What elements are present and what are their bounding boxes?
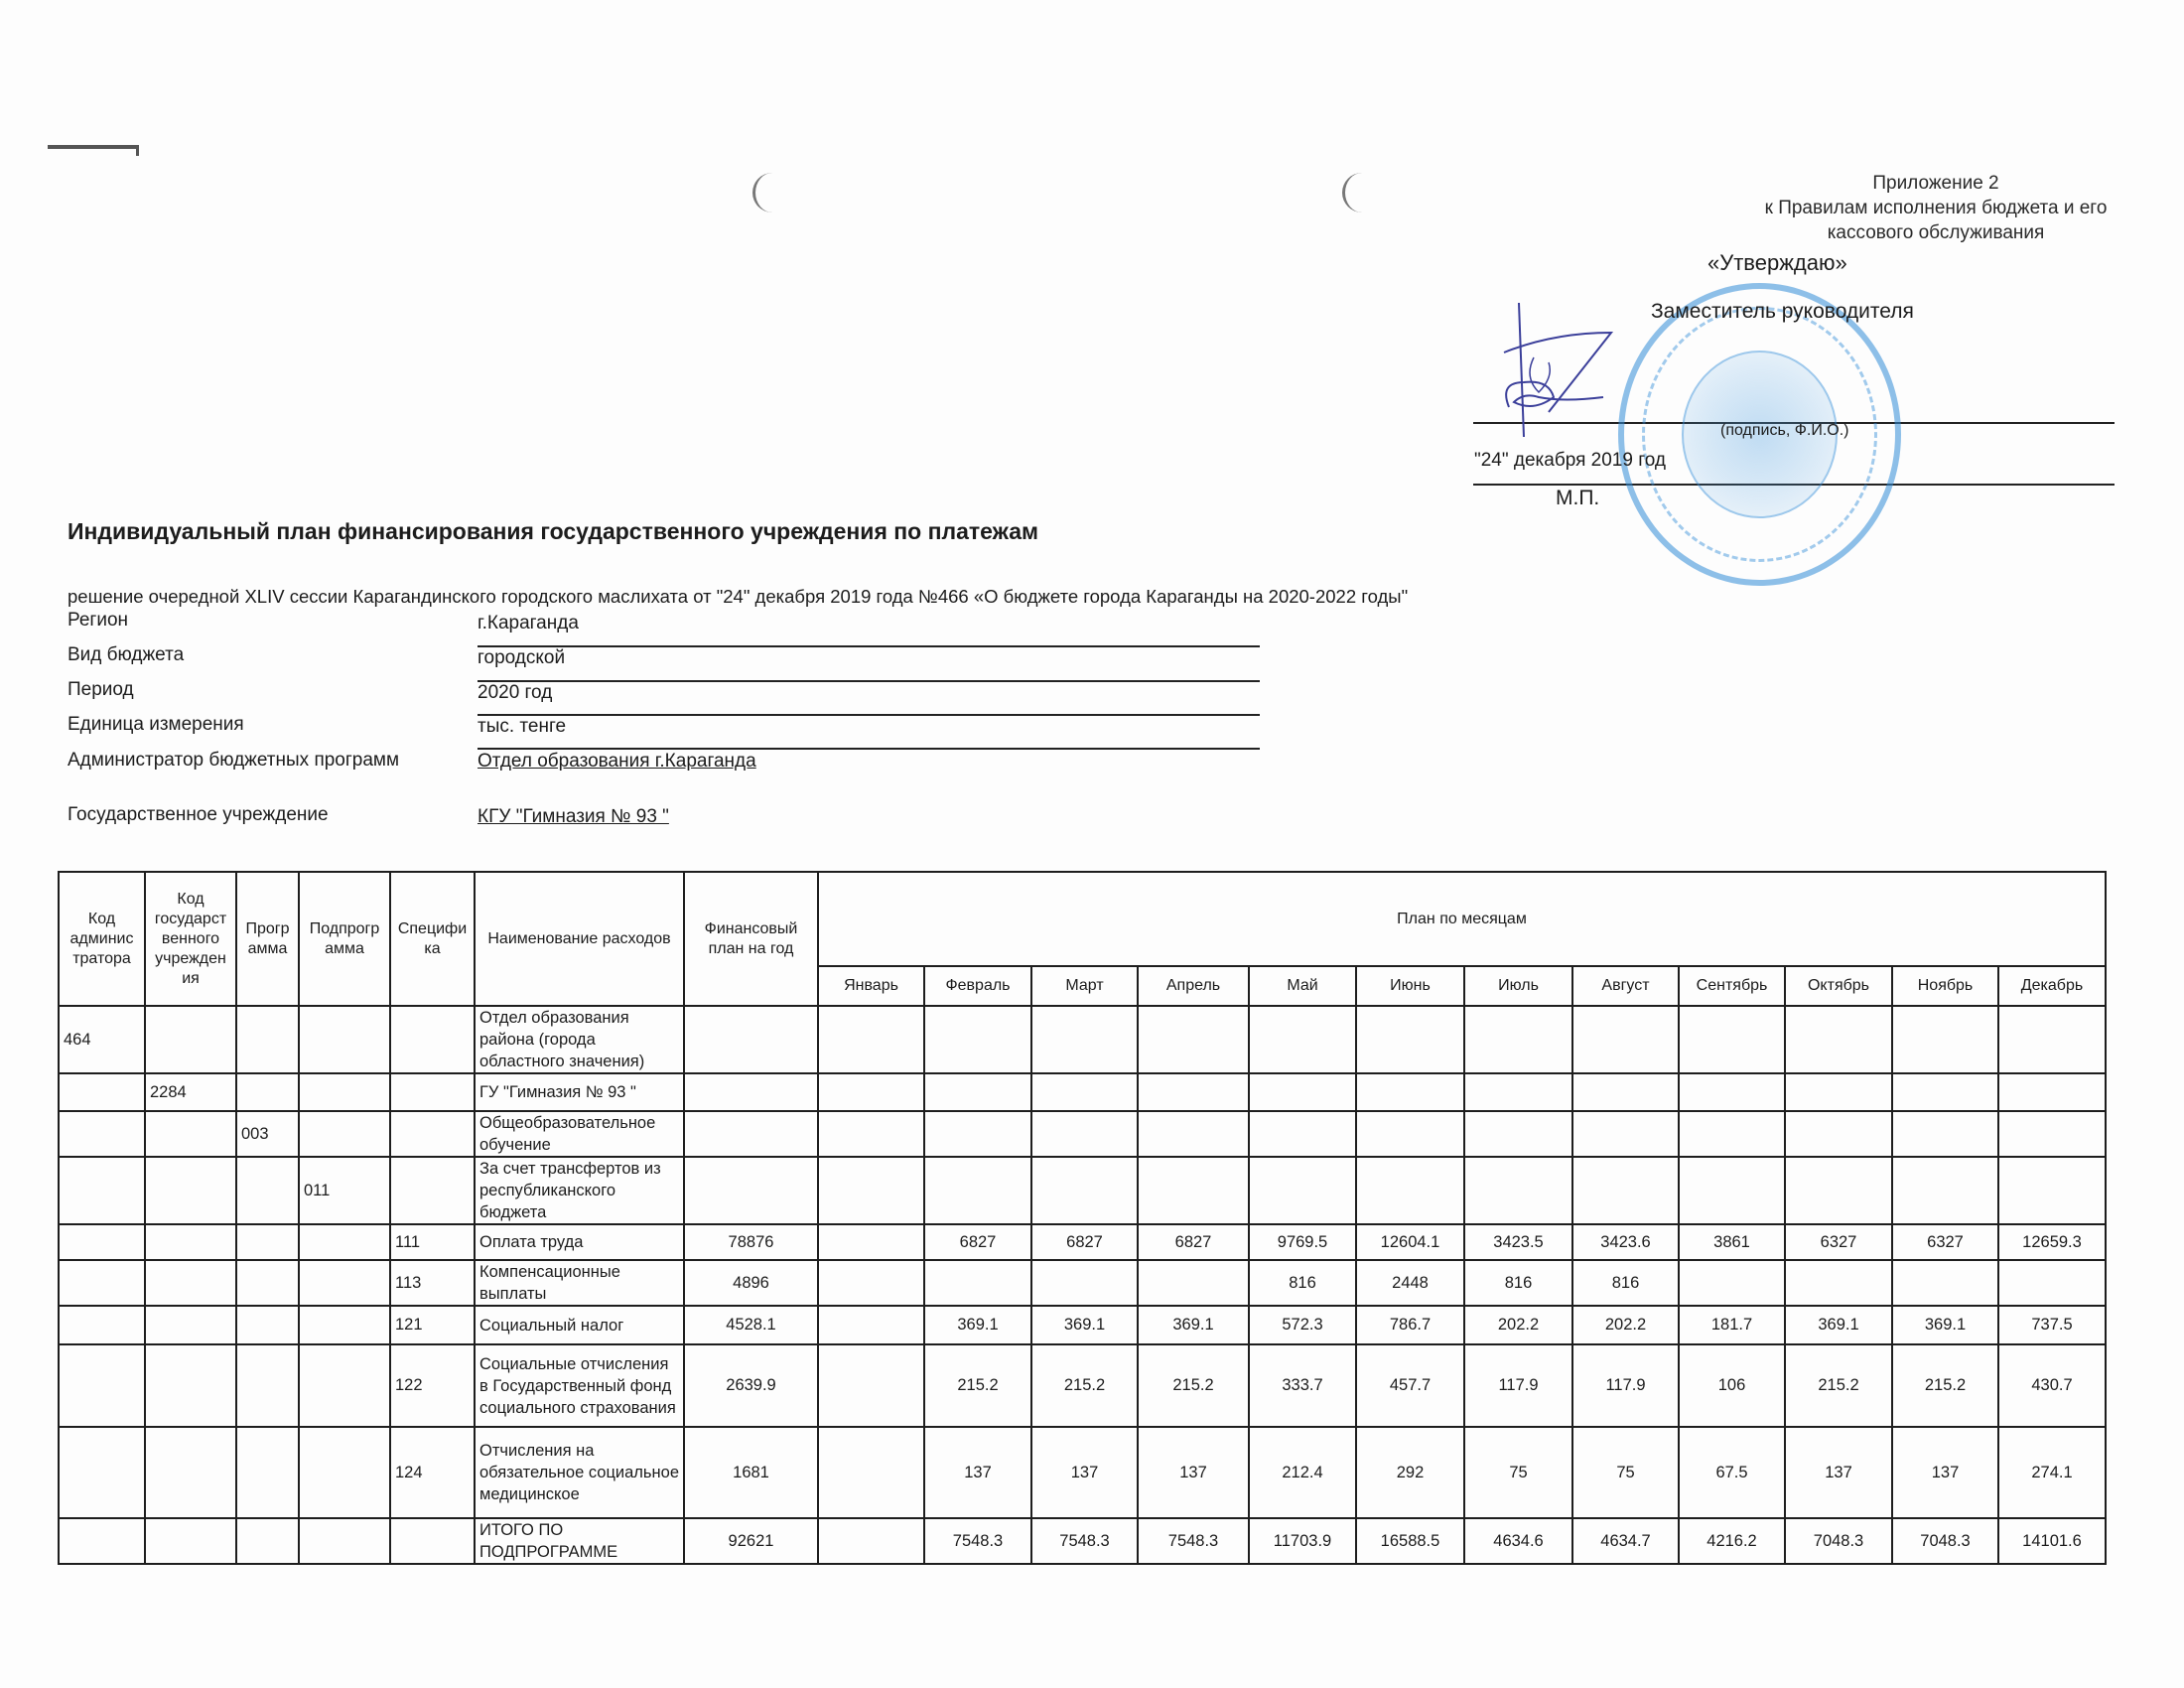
cell-month-value xyxy=(1138,1157,1249,1224)
cell-month-value xyxy=(818,1427,924,1518)
cell-program xyxy=(236,1006,299,1073)
field-value-unit: тыс. тенге xyxy=(478,716,566,738)
cell-month-value xyxy=(1249,1073,1356,1111)
field-label-administrator: Администратор бюджетных программ xyxy=(68,750,399,772)
appendix-label: Приложение 2 xyxy=(1688,171,2184,196)
cell-annual-plan: 2639.9 xyxy=(684,1344,818,1427)
cell-month-value: 4634.6 xyxy=(1464,1518,1572,1564)
cell-month-value xyxy=(1892,1260,1998,1306)
header-month: Август xyxy=(1572,966,1679,1006)
cell-expense-name: За счет трансфертов из республиканского … xyxy=(475,1157,684,1224)
cell-month-value xyxy=(1464,1006,1572,1073)
cell-month-value: 117.9 xyxy=(1464,1344,1572,1427)
cell-specific: 113 xyxy=(390,1260,475,1306)
cell-institution-code xyxy=(145,1260,236,1306)
cell-month-value: 137 xyxy=(1785,1427,1892,1518)
table-row: 113Компенсационные выплаты48968162448816… xyxy=(59,1260,2106,1306)
cell-month-value xyxy=(1572,1006,1679,1073)
table-row: 011За счет трансфертов из республиканско… xyxy=(59,1157,2106,1224)
cell-month-value: 7048.3 xyxy=(1785,1518,1892,1564)
header-month: Июль xyxy=(1464,966,1572,1006)
cell-annual-plan: 4528.1 xyxy=(684,1306,818,1344)
header-subprogram: Подпрограмма xyxy=(299,872,390,1006)
cell-month-value xyxy=(818,1306,924,1344)
table-row: 464Отдел образования района (города обла… xyxy=(59,1006,2106,1073)
cell-month-value xyxy=(1249,1157,1356,1224)
table-row: 121Социальный налог4528.1369.1369.1369.1… xyxy=(59,1306,2106,1344)
cell-month-value xyxy=(818,1344,924,1427)
cell-month-value: 75 xyxy=(1572,1427,1679,1518)
cell-month-value: 12659.3 xyxy=(1998,1224,2106,1260)
header-month: Май xyxy=(1249,966,1356,1006)
cell-program xyxy=(236,1073,299,1111)
cell-month-value: 6827 xyxy=(1138,1224,1249,1260)
cell-month-value xyxy=(924,1260,1031,1306)
header-annual-plan: Финансовыйплан на год xyxy=(684,872,818,1006)
cell-month-value xyxy=(924,1006,1031,1073)
cell-month-value xyxy=(818,1111,924,1157)
cell-month-value: 3423.6 xyxy=(1572,1224,1679,1260)
cell-month-value xyxy=(1356,1111,1464,1157)
cell-institution-code: 2284 xyxy=(145,1073,236,1111)
cell-admin-code xyxy=(59,1073,145,1111)
header-month: Апрель xyxy=(1138,966,1249,1006)
cell-month-value: 75 xyxy=(1464,1427,1572,1518)
cell-institution-code xyxy=(145,1518,236,1564)
cell-annual-plan: 78876 xyxy=(684,1224,818,1260)
field-label-unit: Единица измерения xyxy=(68,714,244,736)
cell-month-value: 212.4 xyxy=(1249,1427,1356,1518)
cell-month-value xyxy=(1464,1073,1572,1111)
cell-specific: 124 xyxy=(390,1427,475,1518)
cell-annual-plan xyxy=(684,1157,818,1224)
cell-month-value xyxy=(818,1518,924,1564)
cell-expense-name: ИТОГО ПО ПОДПРОГРАММЕ xyxy=(475,1518,684,1564)
cell-annual-plan: 4896 xyxy=(684,1260,818,1306)
cell-admin-code xyxy=(59,1427,145,1518)
cell-month-value xyxy=(1679,1157,1785,1224)
cell-month-value: 369.1 xyxy=(1138,1306,1249,1344)
cell-month-value: 2448 xyxy=(1356,1260,1464,1306)
cell-month-value xyxy=(1892,1006,1998,1073)
header-month: Декабрь xyxy=(1998,966,2106,1006)
cell-subprogram xyxy=(299,1260,390,1306)
cell-month-value: 117.9 xyxy=(1572,1344,1679,1427)
cell-specific xyxy=(390,1073,475,1111)
field-label-institution: Государственное учреждение xyxy=(68,804,329,826)
cell-month-value: 816 xyxy=(1464,1260,1572,1306)
cell-month-value xyxy=(1679,1073,1785,1111)
cell-month-value: 6827 xyxy=(1031,1224,1138,1260)
cell-subprogram xyxy=(299,1427,390,1518)
cell-month-value xyxy=(1031,1073,1138,1111)
cell-month-value: 14101.6 xyxy=(1998,1518,2106,1564)
cell-month-value: 274.1 xyxy=(1998,1427,2106,1518)
seal-label: М.П. xyxy=(1556,487,1599,510)
table-row: 003Общеобразовательное обучение xyxy=(59,1111,2106,1157)
field-underline xyxy=(478,714,1260,716)
cell-specific xyxy=(390,1157,475,1224)
decision-reference: решение очередной XLIV сессии Карагандин… xyxy=(68,586,1408,608)
cell-month-value: 6327 xyxy=(1892,1224,1998,1260)
cell-month-value: 67.5 xyxy=(1679,1427,1785,1518)
approve-label: «Утверждаю» xyxy=(1707,250,1847,276)
header-expense-name: Наименование расходов xyxy=(475,872,684,1006)
cell-month-value: 6327 xyxy=(1785,1224,1892,1260)
cell-expense-name: Отдел образования района (города областн… xyxy=(475,1006,684,1073)
cell-month-value: 215.2 xyxy=(1892,1344,1998,1427)
cell-month-value: 737.5 xyxy=(1998,1306,2106,1344)
approval-header: Приложение 2 к Правилам исполнения бюдже… xyxy=(1688,171,2184,245)
cell-month-value xyxy=(1892,1111,1998,1157)
table-row: 111Оплата труда788766827682768279769.512… xyxy=(59,1224,2106,1260)
cell-month-value: 137 xyxy=(1031,1427,1138,1518)
cell-expense-name: Отчисления на обязательное социальное ме… xyxy=(475,1427,684,1518)
cell-specific: 121 xyxy=(390,1306,475,1344)
cell-month-value: 7548.3 xyxy=(1031,1518,1138,1564)
cell-month-value xyxy=(1679,1260,1785,1306)
cell-institution-code xyxy=(145,1157,236,1224)
field-underline xyxy=(478,645,1260,647)
cell-month-value xyxy=(818,1073,924,1111)
cell-month-value xyxy=(1998,1006,2106,1073)
cell-month-value: 369.1 xyxy=(1031,1306,1138,1344)
cell-month-value: 4634.7 xyxy=(1572,1518,1679,1564)
cell-admin-code xyxy=(59,1157,145,1224)
header-month: Март xyxy=(1031,966,1138,1006)
scan-artifact-mark xyxy=(136,145,139,156)
cell-subprogram xyxy=(299,1518,390,1564)
cell-month-value: 292 xyxy=(1356,1427,1464,1518)
cell-month-value xyxy=(1572,1157,1679,1224)
cell-month-value xyxy=(1356,1073,1464,1111)
cell-admin-code xyxy=(59,1260,145,1306)
cell-month-value: 215.2 xyxy=(1031,1344,1138,1427)
header-month: Октябрь xyxy=(1785,966,1892,1006)
cell-month-value: 202.2 xyxy=(1572,1306,1679,1344)
cell-annual-plan xyxy=(684,1111,818,1157)
cell-month-value: 369.1 xyxy=(1785,1306,1892,1344)
cell-program xyxy=(236,1518,299,1564)
cell-month-value: 181.7 xyxy=(1679,1306,1785,1344)
cell-institution-code xyxy=(145,1006,236,1073)
header-program: Программа xyxy=(236,872,299,1006)
cell-month-value: 7548.3 xyxy=(1138,1518,1249,1564)
cell-specific xyxy=(390,1006,475,1073)
cell-expense-name: Компенсационные выплаты xyxy=(475,1260,684,1306)
field-label-region: Регион xyxy=(68,610,128,632)
cell-month-value xyxy=(1249,1111,1356,1157)
cell-month-value xyxy=(1031,1157,1138,1224)
cell-month-value: 215.2 xyxy=(924,1344,1031,1427)
field-label-period: Период xyxy=(68,679,134,701)
cell-month-value xyxy=(1138,1006,1249,1073)
cell-annual-plan xyxy=(684,1006,818,1073)
cell-month-value xyxy=(1785,1157,1892,1224)
cell-month-value xyxy=(1572,1073,1679,1111)
cell-month-value xyxy=(1998,1260,2106,1306)
cell-month-value xyxy=(1785,1073,1892,1111)
cell-month-value xyxy=(1464,1157,1572,1224)
field-underline xyxy=(478,748,1260,750)
cell-institution-code xyxy=(145,1224,236,1260)
cell-month-value: 137 xyxy=(1138,1427,1249,1518)
cell-month-value xyxy=(818,1260,924,1306)
field-value-region: г.Караганда xyxy=(478,613,579,634)
cell-month-value xyxy=(1998,1073,2106,1111)
cell-month-value xyxy=(1572,1111,1679,1157)
table-row: 2284ГУ "Гимназия № 93 " xyxy=(59,1073,2106,1111)
cell-subprogram xyxy=(299,1344,390,1427)
cell-month-value xyxy=(1785,1111,1892,1157)
signature-caption: (подпись, Ф.И.О.) xyxy=(1720,422,1848,440)
cell-month-value: 572.3 xyxy=(1249,1306,1356,1344)
cell-institution-code xyxy=(145,1427,236,1518)
cell-month-value: 215.2 xyxy=(1138,1344,1249,1427)
cell-month-value: 7048.3 xyxy=(1892,1518,1998,1564)
cell-annual-plan: 1681 xyxy=(684,1427,818,1518)
cell-month-value xyxy=(1679,1006,1785,1073)
header-specific: Специфика xyxy=(390,872,475,1006)
cell-month-value: 137 xyxy=(1892,1427,1998,1518)
cell-specific xyxy=(390,1518,475,1564)
cell-specific: 111 xyxy=(390,1224,475,1260)
cell-month-value xyxy=(924,1157,1031,1224)
cell-month-value: 6827 xyxy=(924,1224,1031,1260)
cell-subprogram xyxy=(299,1073,390,1111)
header-month: Сентябрь xyxy=(1679,966,1785,1006)
cell-month-value xyxy=(1031,1111,1138,1157)
cell-subprogram xyxy=(299,1006,390,1073)
cell-admin-code xyxy=(59,1344,145,1427)
scan-artifact-mark xyxy=(48,145,139,149)
cell-subprogram xyxy=(299,1111,390,1157)
header-month: Январь xyxy=(818,966,924,1006)
cell-expense-name: ГУ "Гимназия № 93 " xyxy=(475,1073,684,1111)
cell-month-value: 3861 xyxy=(1679,1224,1785,1260)
cell-month-value: 202.2 xyxy=(1464,1306,1572,1344)
cell-admin-code: 464 xyxy=(59,1006,145,1073)
cell-admin-code xyxy=(59,1306,145,1344)
cell-month-value: 816 xyxy=(1249,1260,1356,1306)
header-month: Февраль xyxy=(924,966,1031,1006)
cell-program: 003 xyxy=(236,1111,299,1157)
field-underline xyxy=(478,680,1260,682)
cell-month-value xyxy=(924,1111,1031,1157)
field-label-budget-type: Вид бюджета xyxy=(68,644,184,666)
cell-subprogram xyxy=(299,1224,390,1260)
cell-month-value xyxy=(1998,1157,2106,1224)
cell-program xyxy=(236,1344,299,1427)
table-row: ИТОГО ПО ПОДПРОГРАММЕ926217548.37548.375… xyxy=(59,1518,2106,1564)
cell-specific xyxy=(390,1111,475,1157)
cell-month-value xyxy=(818,1224,924,1260)
cell-program xyxy=(236,1224,299,1260)
cell-month-value: 9769.5 xyxy=(1249,1224,1356,1260)
header-institution-code: Кодгосударственногоучреждения xyxy=(145,872,236,1006)
field-value-administrator: Отдел образования г.Караганда xyxy=(478,751,756,773)
cell-month-value: 369.1 xyxy=(924,1306,1031,1344)
cell-month-value xyxy=(1249,1006,1356,1073)
cell-annual-plan: 92621 xyxy=(684,1518,818,1564)
scan-artifact-bracket xyxy=(1342,173,1365,212)
cell-month-value xyxy=(1031,1260,1138,1306)
cell-month-value: 12604.1 xyxy=(1356,1224,1464,1260)
cell-month-value xyxy=(1138,1111,1249,1157)
financing-plan-table: Кодадминистратора Кодгосударственногоучр… xyxy=(58,871,2107,1565)
cell-program xyxy=(236,1427,299,1518)
cell-program xyxy=(236,1260,299,1306)
cell-subprogram xyxy=(299,1306,390,1344)
scan-artifact-bracket xyxy=(752,173,775,212)
signature-icon xyxy=(1494,298,1643,437)
header-month: Ноябрь xyxy=(1892,966,1998,1006)
cell-month-value xyxy=(1031,1006,1138,1073)
cell-month-value: 3423.5 xyxy=(1464,1224,1572,1260)
cell-expense-name: Общеобразовательное обучение xyxy=(475,1111,684,1157)
cell-month-value xyxy=(818,1006,924,1073)
cell-program xyxy=(236,1157,299,1224)
cell-month-value xyxy=(1785,1260,1892,1306)
cell-admin-code xyxy=(59,1111,145,1157)
rules-line-2: кассового обслуживания xyxy=(1688,220,2184,245)
cell-month-value: 11703.9 xyxy=(1249,1518,1356,1564)
cell-month-value: 106 xyxy=(1679,1344,1785,1427)
cell-month-value xyxy=(924,1073,1031,1111)
cell-month-value: 333.7 xyxy=(1249,1344,1356,1427)
cell-month-value xyxy=(1679,1111,1785,1157)
cell-institution-code xyxy=(145,1111,236,1157)
cell-expense-name: Оплата труда xyxy=(475,1224,684,1260)
approver-position: Заместитель руководителя xyxy=(1651,300,1914,324)
cell-month-value xyxy=(1892,1073,1998,1111)
cell-month-value xyxy=(1998,1111,2106,1157)
cell-admin-code xyxy=(59,1224,145,1260)
approval-date: "24" декабря 2019 год xyxy=(1474,450,1666,472)
cell-month-value: 457.7 xyxy=(1356,1344,1464,1427)
cell-institution-code xyxy=(145,1306,236,1344)
cell-month-value xyxy=(1892,1157,1998,1224)
header-monthly-plan: План по месяцам xyxy=(818,872,2106,966)
table-row: 124Отчисления на обязательное социальное… xyxy=(59,1427,2106,1518)
cell-month-value xyxy=(1356,1006,1464,1073)
table-row: 122Социальные отчисления в Государственн… xyxy=(59,1344,2106,1427)
cell-expense-name: Социальный налог xyxy=(475,1306,684,1344)
field-value-institution: КГУ "Гимназия № 93 " xyxy=(478,806,669,828)
cell-admin-code xyxy=(59,1518,145,1564)
cell-month-value: 4216.2 xyxy=(1679,1518,1785,1564)
cell-month-value: 369.1 xyxy=(1892,1306,1998,1344)
header-admin-code: Кодадминистратора xyxy=(59,872,145,1006)
cell-month-value: 816 xyxy=(1572,1260,1679,1306)
cell-month-value xyxy=(1785,1006,1892,1073)
cell-month-value: 16588.5 xyxy=(1356,1518,1464,1564)
cell-month-value: 430.7 xyxy=(1998,1344,2106,1427)
cell-month-value: 7548.3 xyxy=(924,1518,1031,1564)
cell-program xyxy=(236,1306,299,1344)
field-value-period: 2020 год xyxy=(478,682,552,704)
cell-month-value: 137 xyxy=(924,1427,1031,1518)
cell-month-value xyxy=(1464,1111,1572,1157)
rules-line-1: к Правилам исполнения бюджета и его xyxy=(1688,196,2184,220)
cell-specific: 122 xyxy=(390,1344,475,1427)
cell-institution-code xyxy=(145,1344,236,1427)
document-title: Индивидуальный план финансирования госуд… xyxy=(68,518,1038,545)
cell-month-value xyxy=(1138,1073,1249,1111)
cell-month-value xyxy=(1356,1157,1464,1224)
cell-month-value: 786.7 xyxy=(1356,1306,1464,1344)
cell-month-value xyxy=(818,1157,924,1224)
header-month: Июнь xyxy=(1356,966,1464,1006)
cell-month-value xyxy=(1138,1260,1249,1306)
cell-expense-name: Социальные отчисления в Государственный … xyxy=(475,1344,684,1427)
field-value-budget-type: городской xyxy=(478,647,565,669)
cell-subprogram: 011 xyxy=(299,1157,390,1224)
cell-month-value: 215.2 xyxy=(1785,1344,1892,1427)
cell-annual-plan xyxy=(684,1073,818,1111)
